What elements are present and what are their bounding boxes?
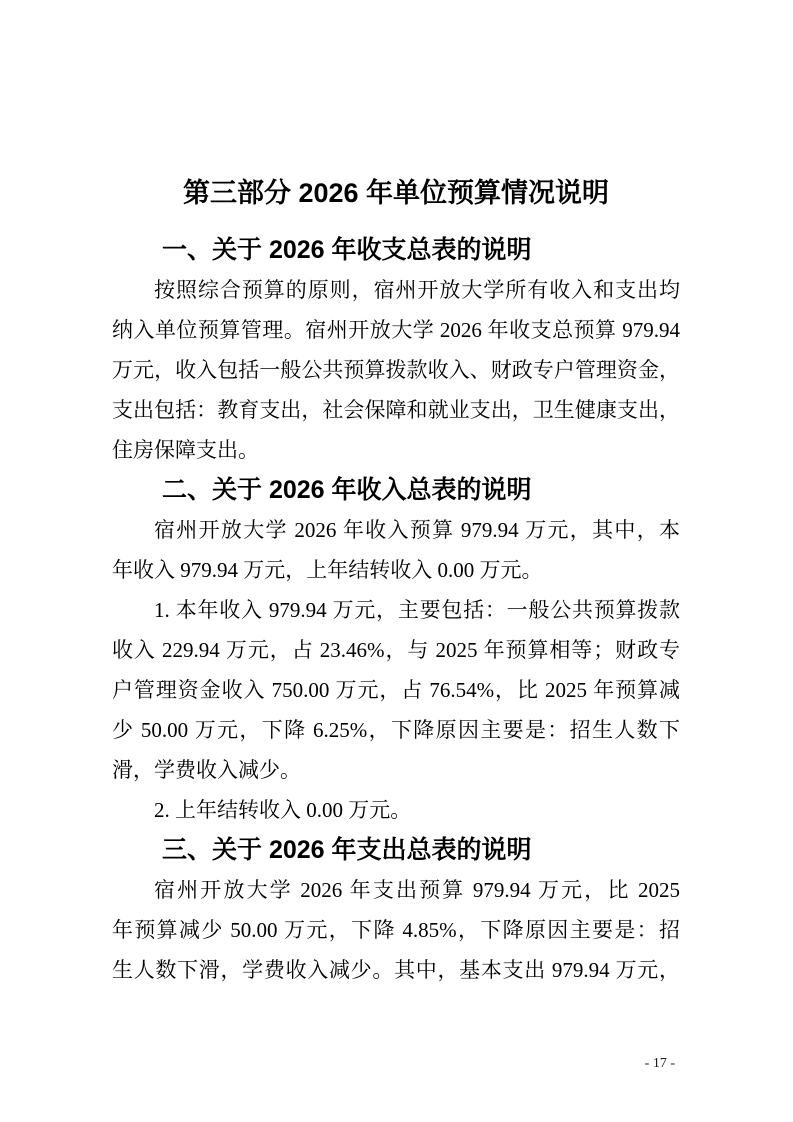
- body-paragraph: 宿州开放大学 2026 年支出预算 979.94 万元，比 2025年预算减少 …: [112, 870, 680, 990]
- body-paragraph: 宿州开放大学 2026 年收入预算 979.94 万元，其中，本年收入 979.…: [112, 510, 680, 590]
- document-content: 第三部分 2026 年单位预算情况说明 一、关于 2026 年收支总表的说明按照…: [112, 170, 680, 990]
- body-line: 宿州开放大学 2026 年支出预算 979.94 万元，比 2025: [112, 870, 680, 910]
- body-line: 年预算减少 50.00 万元，下降 4.85%，下降原因主要是：招: [112, 910, 680, 950]
- body-line: 支出包括：教育支出，社会保障和就业支出，卫生健康支出，: [112, 390, 680, 430]
- section-heading: 三、关于 2026 年支出总表的说明: [112, 830, 680, 870]
- section-heading: 二、关于 2026 年收入总表的说明: [112, 470, 680, 510]
- document-body: 一、关于 2026 年收支总表的说明按照综合预算的原则，宿州开放大学所有收入和支…: [112, 230, 680, 990]
- body-line: 2. 上年结转收入 0.00 万元。: [112, 790, 680, 830]
- body-line: 宿州开放大学 2026 年收入预算 979.94 万元，其中，本: [112, 510, 680, 550]
- body-paragraph: 按照综合预算的原则，宿州开放大学所有收入和支出均纳入单位预算管理。宿州开放大学 …: [112, 270, 680, 470]
- body-line: 按照综合预算的原则，宿州开放大学所有收入和支出均: [112, 270, 680, 310]
- body-line: 年收入 979.94 万元，上年结转收入 0.00 万元。: [112, 550, 680, 590]
- body-line: 户管理资金收入 750.00 万元，占 76.54%，比 2025 年预算减: [112, 670, 680, 710]
- document-page: 第三部分 2026 年单位预算情况说明 一、关于 2026 年收支总表的说明按照…: [0, 0, 793, 1122]
- body-line: 纳入单位预算管理。宿州开放大学 2026 年收支总预算 979.94: [112, 310, 680, 350]
- body-line: 住房保障支出。: [112, 430, 680, 470]
- body-line: 收入 229.94 万元，占 23.46%，与 2025 年预算相等；财政专: [112, 630, 680, 670]
- section-heading: 一、关于 2026 年收支总表的说明: [112, 230, 680, 270]
- document-title: 第三部分 2026 年单位预算情况说明: [112, 170, 680, 216]
- body-line: 生人数下滑，学费收入减少。其中，基本支出 979.94 万元，: [112, 950, 680, 990]
- body-paragraph: 2. 上年结转收入 0.00 万元。: [112, 790, 680, 830]
- body-line: 少 50.00 万元，下降 6.25%，下降原因主要是：招生人数下: [112, 710, 680, 750]
- body-line: 1. 本年收入 979.94 万元，主要包括：一般公共预算拨款: [112, 590, 680, 630]
- body-line: 万元，收入包括一般公共预算拨款收入、财政专户管理资金，: [112, 350, 680, 390]
- body-line: 滑，学费收入减少。: [112, 750, 680, 790]
- body-paragraph: 1. 本年收入 979.94 万元，主要包括：一般公共预算拨款收入 229.94…: [112, 590, 680, 790]
- page-number: - 17 -: [645, 1054, 675, 1074]
